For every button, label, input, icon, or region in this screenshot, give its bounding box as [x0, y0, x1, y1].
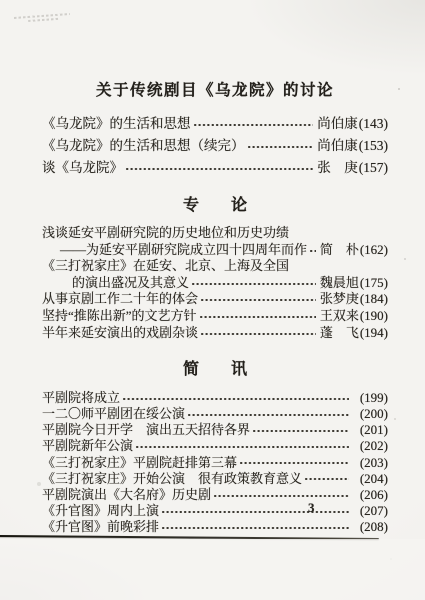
entry-title: 浅谈延安平剧研究院的历史地位和历史功绩 — [42, 225, 289, 242]
entry-page-number: (203) — [360, 455, 388, 470]
toc-entry: 《升官图》前晚彩排 (208) — [42, 519, 388, 535]
entry-page-number: (175) — [360, 275, 388, 290]
entry-title: 《三打祝家庄》在延安、北京、上海及全国 — [42, 258, 289, 275]
entry-page-number: (157) — [359, 160, 388, 175]
entry-page-number: (208) — [360, 519, 388, 534]
toc-entry: 《三打祝家庄》平剧院赶排第三幕 (203) — [42, 455, 388, 471]
entry-ref: (206) — [359, 487, 388, 503]
toc-entry: 从事京剧工作二十年的体会 张梦庚(184) — [42, 291, 388, 308]
dot-leader — [193, 113, 314, 135]
entry-title: 平剧院将成立 — [42, 390, 120, 406]
entry-title: 《三打祝家庄》开始公演 很有政策教育意义 — [42, 471, 302, 487]
dot-leader — [125, 157, 313, 179]
section-entries-wulongyuan: 《乌龙院》的生活和思想 尚伯康(143) 《乌龙院》的生活和思想（续完） 尚伯康… — [42, 113, 388, 179]
dot-leader — [135, 438, 349, 454]
entry-title: 《升官图》周内上演 — [42, 503, 159, 519]
page-number: 3 — [308, 500, 315, 516]
entry-author: 张 庚 — [317, 160, 358, 175]
entry-ref: (208) — [359, 519, 388, 535]
dot-leader — [200, 291, 316, 308]
dot-leader — [161, 503, 349, 519]
toc-entry: 《三打祝家庄》在延安、北京、上海及全国 — [42, 258, 388, 275]
entry-page-number: (162) — [360, 242, 388, 257]
section-heading-wulongyuan-discussion: 关于传统剧目《乌龙院》的讨论 — [42, 78, 388, 100]
dot-leader — [304, 471, 349, 487]
entry-page-number: (207) — [360, 503, 388, 518]
toc-entry: 半年来延安演出的戏剧杂谈 蓬 飞(194) — [42, 325, 388, 342]
entry-author: 张梦庚 — [320, 291, 359, 306]
entry-author: 尚伯康 — [317, 116, 358, 131]
scan-speck — [398, 88, 400, 90]
section-heading-brief-news: 简 讯 — [42, 356, 388, 379]
toc-entry: 一二〇师平剧团在绥公演 (200) — [42, 406, 388, 422]
entry-title: 坚持“推陈出新”的文艺方针 — [42, 308, 197, 325]
toc-entry: 浅谈延安平剧研究院的历史地位和历史功绩 — [42, 225, 388, 242]
entry-page-number: (202) — [360, 438, 388, 453]
entry-ref: (202) — [359, 438, 388, 454]
entry-title: 的演出盛况及其意义 — [72, 275, 189, 292]
entry-page-number: (206) — [360, 487, 388, 502]
toc-entry: 平剧院演出《大名府》历史剧 (206) — [42, 487, 388, 503]
toc-entry: 平剧院将成立 (199) — [42, 390, 388, 406]
entry-title: 平剧院新年公演 — [42, 438, 133, 454]
section-heading-special-essays: 专 论 — [42, 192, 388, 215]
entry-ref: (204) — [359, 471, 388, 487]
entry-ref: 尚伯康(143) — [317, 113, 388, 135]
toc-entry: 平剧院今日开学 演出五天招待各界 (201) — [42, 422, 388, 438]
entry-title: 《升官图》前晚彩排 — [42, 519, 159, 535]
entry-page-number: (143) — [359, 116, 388, 131]
dot-leader — [191, 275, 316, 292]
entry-title: 一二〇师平剧团在绥公演 — [42, 406, 185, 422]
entry-page-number: (199) — [360, 390, 388, 405]
toc-entry: 《乌龙院》的生活和思想 尚伯康(143) — [42, 113, 388, 135]
dot-leader — [161, 519, 349, 535]
toc-entry: 《升官图》周内上演 (207) — [42, 503, 388, 519]
toc-entry: 平剧院新年公演 (202) — [42, 438, 388, 454]
entry-author: 蓬 飞 — [320, 325, 359, 340]
entry-author: 尚伯康 — [317, 138, 358, 153]
entry-ref: (199) — [359, 390, 388, 406]
dot-leader — [309, 242, 316, 259]
entry-title: 谈《乌龙院》 — [42, 157, 123, 179]
entry-page-number: (190) — [360, 308, 388, 323]
entry-title: 从事京剧工作二十年的体会 — [42, 291, 198, 308]
entry-ref: (207) — [359, 503, 388, 519]
entry-ref: 魏晨旭(175) — [320, 275, 388, 292]
dot-leader — [252, 422, 349, 438]
dot-leader — [187, 406, 349, 422]
entry-title: 平剧院今日开学 演出五天招待各界 — [42, 422, 250, 438]
entry-ref: 王双来(190) — [320, 308, 388, 325]
dot-leader — [199, 308, 316, 325]
entry-title: 《乌龙院》的生活和思想（续完） — [42, 135, 245, 157]
entry-title: 平剧院演出《大名府》历史剧 — [42, 487, 211, 503]
entry-author: 王双来 — [320, 308, 359, 323]
entry-ref: (203) — [359, 455, 388, 471]
section-entries-brief-news: 平剧院将成立 (199) 一二〇师平剧团在绥公演 (200) 平剧院今日开学 演… — [42, 390, 388, 535]
entry-author: 魏晨旭 — [320, 275, 359, 290]
entry-ref: 简 朴(162) — [320, 242, 388, 259]
scan-watermark — [14, 11, 71, 25]
dot-leader — [200, 325, 316, 342]
scanned-page: 关于传统剧目《乌龙院》的讨论 《乌龙院》的生活和思想 尚伯康(143) 《乌龙院… — [0, 0, 425, 600]
dot-leader — [247, 135, 314, 157]
table-of-contents: 关于传统剧目《乌龙院》的讨论 《乌龙院》的生活和思想 尚伯康(143) 《乌龙院… — [42, 78, 388, 535]
toc-entry: 《三打祝家庄》开始公演 很有政策教育意义 (204) — [42, 471, 388, 487]
entry-author: 简 朴 — [320, 242, 359, 257]
dot-leader — [213, 487, 349, 503]
entry-page-number: (184) — [360, 291, 388, 306]
entry-page-number: (194) — [360, 325, 388, 340]
dot-leader — [122, 390, 349, 406]
toc-entry: 的演出盛况及其意义 魏晨旭(175) — [42, 275, 388, 292]
toc-entry: 《乌龙院》的生活和思想（续完） 尚伯康(153) — [42, 135, 388, 157]
entry-page-number: (153) — [359, 138, 388, 153]
section-entries-special-essays: 浅谈延安平剧研究院的历史地位和历史功绩 ——为延安平剧研究院成立四十四周年而作 … — [42, 225, 388, 341]
entry-page-number: (200) — [360, 406, 388, 421]
dot-leader — [239, 455, 349, 471]
entry-ref: 张 庚(157) — [317, 157, 388, 179]
entry-ref: 张梦庚(184) — [320, 291, 388, 308]
toc-entry: 谈《乌龙院》 张 庚(157) — [42, 157, 388, 179]
entry-title: ——为延安平剧研究院成立四十四周年而作 — [60, 242, 307, 259]
entry-title: 半年来延安演出的戏剧杂谈 — [42, 325, 198, 342]
entry-page-number: (204) — [360, 471, 388, 486]
entry-ref: 蓬 飞(194) — [320, 325, 388, 342]
toc-entry: ——为延安平剧研究院成立四十四周年而作 简 朴(162) — [42, 242, 388, 259]
entry-ref: 尚伯康(153) — [317, 135, 388, 157]
entry-title: 《乌龙院》的生活和思想 — [42, 113, 191, 135]
toc-entry: 坚持“推陈出新”的文艺方针 王双来(190) — [42, 308, 388, 325]
entry-page-number: (201) — [360, 422, 388, 437]
entry-title: 《三打祝家庄》平剧院赶排第三幕 — [42, 455, 237, 471]
page-edge-line — [0, 535, 379, 540]
entry-ref: (201) — [359, 422, 388, 438]
entry-ref: (200) — [359, 406, 388, 422]
